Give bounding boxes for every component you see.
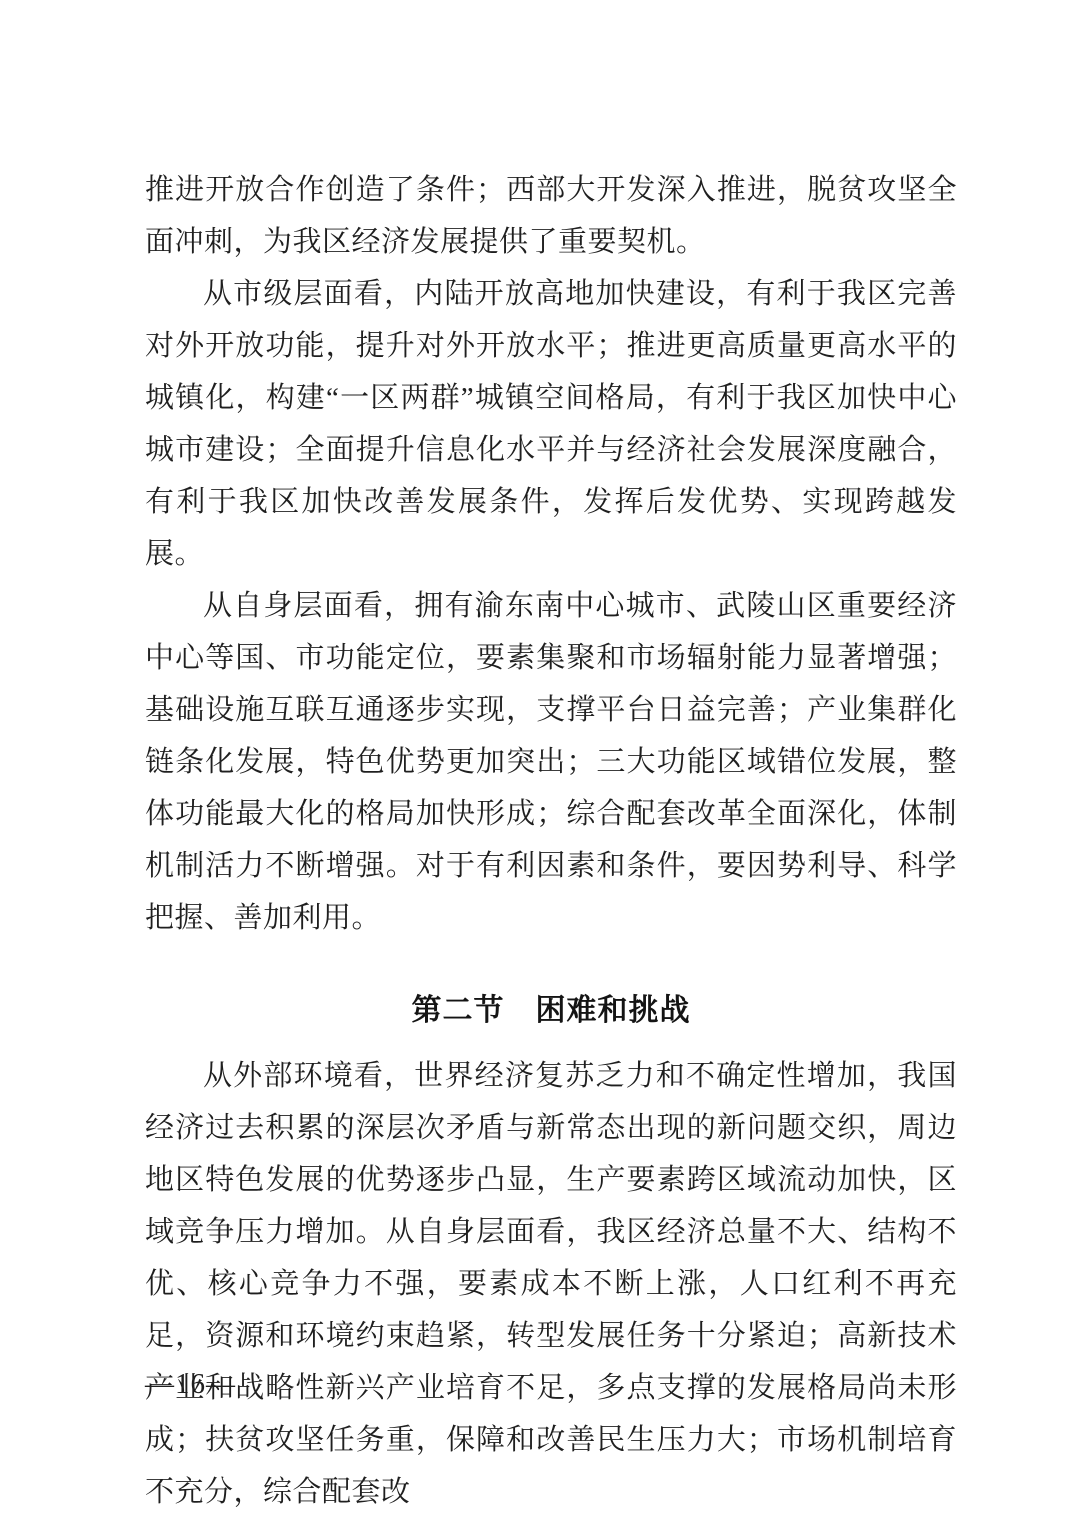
paragraph: 从市级层面看，内陆开放高地加快建设，有利于我区完善对外开放功能，提升对外开放水平… xyxy=(145,268,957,580)
page-body: 推进开放合作创造了条件；西部大开发深入推进，脱贫攻坚全面冲刺，为我区经济发展提供… xyxy=(145,164,957,1518)
paragraph: 从外部环境看，世界经济复苏乏力和不确定性增加，我国经济过去积累的深层次矛盾与新常… xyxy=(145,1050,957,1518)
section-heading: 第二节 困难和挑战 xyxy=(145,985,957,1037)
page-footer: —16— xyxy=(145,1364,236,1404)
paragraph-continuation: 推进开放合作创造了条件；西部大开发深入推进，脱贫攻坚全面冲刺，为我区经济发展提供… xyxy=(145,164,957,268)
paragraph: 从自身层面看，拥有渝东南中心城市、武陵山区重要经济中心等国、市功能定位，要素集聚… xyxy=(145,580,957,944)
page-number: —16— xyxy=(145,1368,236,1400)
document-page: 推进开放合作创造了条件；西部大开发深入推进，脱贫攻坚全面冲刺，为我区经济发展提供… xyxy=(0,0,1074,1520)
